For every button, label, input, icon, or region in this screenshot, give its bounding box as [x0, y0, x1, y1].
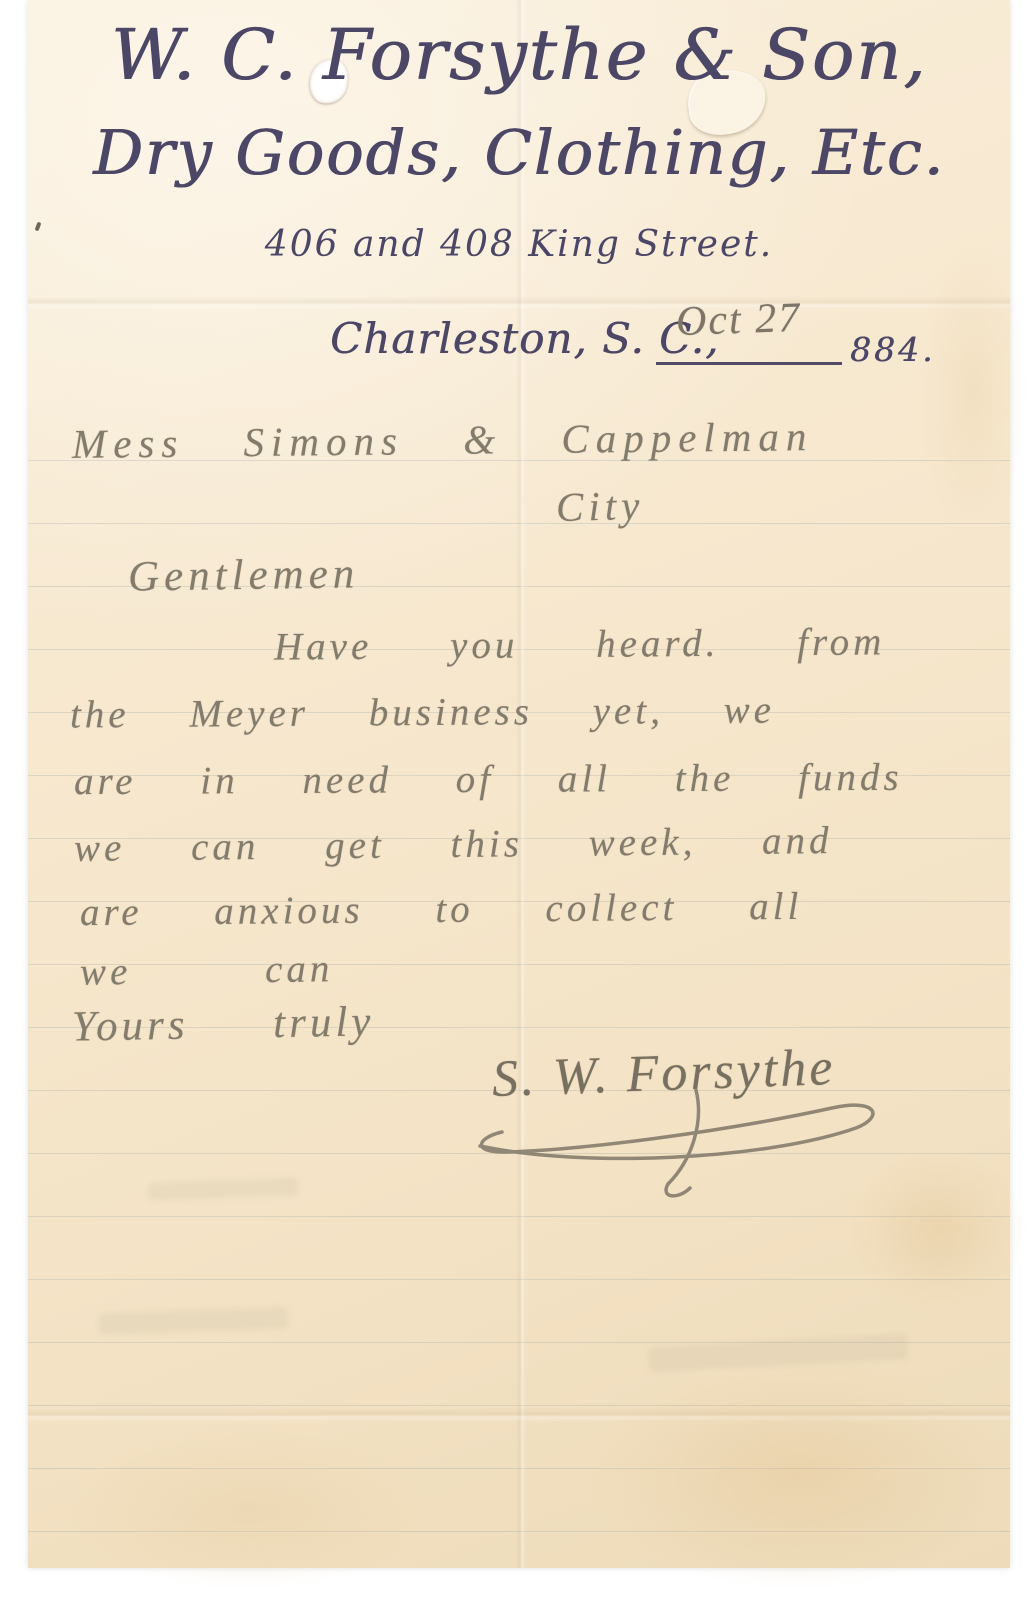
stain: [918, 240, 1028, 540]
dateline-city: Charleston, S. C.,: [330, 314, 719, 363]
bleedthrough-smudge: [647, 1333, 908, 1373]
closing: Yours truly: [72, 997, 375, 1051]
body-line: are anxious to collect all: [80, 884, 803, 935]
year-printed: 884.: [850, 330, 935, 369]
bleedthrough-smudge: [148, 1177, 299, 1200]
stain: [68, 1430, 428, 1590]
handwritten-date: Oct 27: [675, 294, 802, 346]
business-line: Dry Goods, Clothing, Etc.: [28, 116, 1010, 189]
fold-crease-horizontal: [28, 1408, 1010, 1422]
date-fill-line: [656, 362, 842, 365]
stain: [588, 1360, 1008, 1590]
fold-crease-horizontal: [28, 296, 1010, 310]
body-line: we can get this week, and: [74, 818, 833, 871]
bleedthrough-smudge: [98, 1307, 289, 1336]
body-line: we can: [80, 946, 334, 995]
recipient-line: Mess Simons & Cappelman: [72, 412, 814, 468]
salutation: Gentlemen: [128, 549, 360, 601]
body-line: are in need of all the funds: [74, 755, 903, 804]
signature-flourish: [464, 1088, 904, 1208]
body-line: Have you heard. from: [274, 619, 886, 669]
body-line: the Meyer business yet, we: [70, 688, 775, 738]
letter-paper: W. C. Forsythe & Son, Dry Goods, Clothin…: [28, 0, 1010, 1568]
address-line: 406 and 408 King Street.: [28, 224, 1010, 265]
company-name: W. C. Forsythe & Son,: [28, 14, 1010, 96]
recipient-location: City: [555, 481, 645, 531]
